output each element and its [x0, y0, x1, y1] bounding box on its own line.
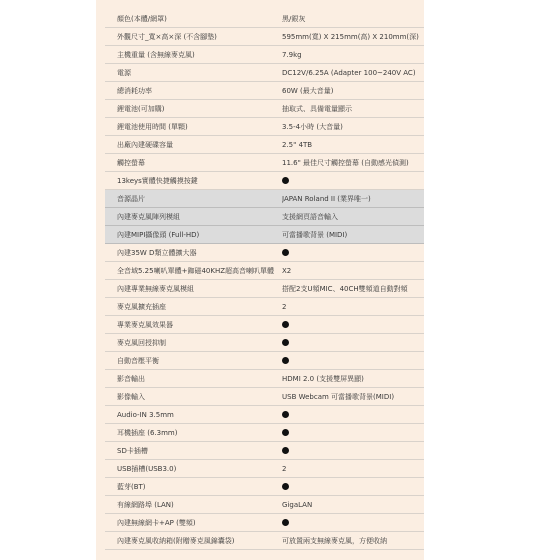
bullet-dot-icon: [282, 357, 289, 364]
spec-row: 藍芽(BT): [105, 478, 424, 496]
bullet-dot-icon: [282, 249, 289, 256]
spec-row: USB插槽(USB3.0)2: [105, 460, 424, 478]
supported-dot-icon: [282, 357, 424, 365]
spec-value: JAPAN Roland II (業界唯一): [282, 194, 424, 204]
spec-label: 出廠內建硬碟容量: [105, 140, 282, 150]
spec-row: 內建無線網卡+AP (雙頻): [105, 514, 424, 532]
spec-row: SD卡插槽: [105, 442, 424, 460]
spec-row: 觸控螢幕11.6" 最佳尺寸觸控螢幕 (自動感光偵測): [105, 154, 424, 172]
spec-label: 麥克風擴充插座: [105, 302, 282, 312]
spec-label: 耳機插座 (6.3mm): [105, 428, 282, 438]
spec-label: 電源: [105, 68, 282, 78]
spec-value: 可當播歌背景 (MIDI): [282, 230, 424, 240]
spec-row: 耳機插座 (6.3mm): [105, 424, 424, 442]
spec-label: 麥克風回授抑制: [105, 338, 282, 348]
supported-dot-icon: [282, 429, 424, 437]
spec-row: 自動音壓平衡: [105, 352, 424, 370]
spec-label: 內建麥克風收納箱(附贈麥克風錦囊袋): [105, 536, 282, 546]
spec-value: 11.6" 最佳尺寸觸控螢幕 (自動感光偵測): [282, 158, 424, 168]
spec-row: 13keys實體快捷觸摸按鍵: [105, 172, 424, 190]
spec-row: 全音域5.25喇叭單體+銣磁40KHZ超高音喇叭單體X2: [105, 262, 424, 280]
spec-label: 內建專業無線麥克風模組: [105, 284, 282, 294]
bullet-dot-icon: [282, 321, 289, 328]
spec-row: 有線網路埠 (LAN)GigaLAN: [105, 496, 424, 514]
spec-row: 內建MIPI攝像頭 (Full-HD)可當播歌背景 (MIDI): [105, 226, 424, 244]
spec-value: 支援網頁語音輸入: [282, 212, 424, 222]
spec-row: Audio-IN 3.5mm: [105, 406, 424, 424]
supported-dot-icon: [282, 519, 424, 527]
spec-value: 黑/銀灰: [282, 14, 424, 24]
supported-dot-icon: [282, 339, 424, 347]
spec-label: 影音輸出: [105, 374, 282, 384]
spec-value: 595mm(寬) X 215mm(高) X 210mm(深): [282, 32, 424, 42]
spec-value: 2: [282, 465, 424, 473]
spec-label: 觸控螢幕: [105, 158, 282, 168]
supported-dot-icon: [282, 321, 424, 329]
spec-label: USB插槽(USB3.0): [105, 464, 282, 474]
spec-label: 內建麥克風陣列模組: [105, 212, 282, 222]
bullet-dot-icon: [282, 177, 289, 184]
spec-row: 外觀尺寸_寬×高×深 (不含腳墊)595mm(寬) X 215mm(高) X 2…: [105, 28, 424, 46]
spec-value: 2: [282, 303, 424, 311]
supported-dot-icon: [282, 249, 424, 257]
spec-row: 總消耗功率60W (最大音量): [105, 82, 424, 100]
spec-row: 麥克風擴充插座2: [105, 298, 424, 316]
supported-dot-icon: [282, 483, 424, 491]
spec-table: 顏色(本體/網罩)黑/銀灰外觀尺寸_寬×高×深 (不含腳墊)595mm(寬) X…: [105, 10, 424, 550]
spec-label: 顏色(本體/網罩): [105, 14, 282, 24]
spec-value: 3.5-4小時 (大音量): [282, 122, 424, 132]
spec-value: 2.5" 4TB: [282, 141, 424, 149]
spec-label: Audio-IN 3.5mm: [105, 411, 282, 419]
supported-dot-icon: [282, 447, 424, 455]
spec-row: 內建專業無線麥克風模組搭配2支U頻MIC、40CH雙頻道自動對頻: [105, 280, 424, 298]
spec-row: 主機重量 (含無線麥克風)7.9kg: [105, 46, 424, 64]
spec-label: 專業麥克風效果器: [105, 320, 282, 330]
spec-label: SD卡插槽: [105, 446, 282, 456]
spec-label: 內建無線網卡+AP (雙頻): [105, 518, 282, 528]
spec-label: 有線網路埠 (LAN): [105, 500, 282, 510]
spec-label: 總消耗功率: [105, 86, 282, 96]
spec-row: 出廠內建硬碟容量2.5" 4TB: [105, 136, 424, 154]
supported-dot-icon: [282, 411, 424, 419]
spec-row: 電源DC12V/6.25A (Adapter 100~240V AC): [105, 64, 424, 82]
spec-value: GigaLAN: [282, 501, 424, 509]
spec-row: 鋰電池(可加購)抽取式、具備電量顯示: [105, 100, 424, 118]
spec-label: 內建35W D類立體擴大器: [105, 248, 282, 258]
spec-value: 搭配2支U頻MIC、40CH雙頻道自動對頻: [282, 284, 424, 294]
spec-value: DC12V/6.25A (Adapter 100~240V AC): [282, 69, 424, 77]
spec-value: USB Webcam 可當播歌背景(MIDI): [282, 392, 424, 402]
spec-value: HDMI 2.0 (支援雙屏異顯): [282, 374, 424, 384]
bullet-dot-icon: [282, 411, 289, 418]
spec-row: 內建麥克風陣列模組支援網頁語音輸入: [105, 208, 424, 226]
spec-value: 60W (最大音量): [282, 86, 424, 96]
spec-label: 音源晶片: [105, 194, 282, 204]
spec-value: 7.9kg: [282, 51, 424, 59]
spec-row: 麥克風回授抑制: [105, 334, 424, 352]
spec-row: 專業麥克風效果器: [105, 316, 424, 334]
bullet-dot-icon: [282, 339, 289, 346]
spec-label: 內建MIPI攝像頭 (Full-HD): [105, 230, 282, 240]
spec-row: 內建35W D類立體擴大器: [105, 244, 424, 262]
spec-label: 外觀尺寸_寬×高×深 (不含腳墊): [105, 32, 282, 42]
spec-row: 音源晶片JAPAN Roland II (業界唯一): [105, 190, 424, 208]
spec-value: X2: [282, 267, 424, 275]
spec-label: 13keys實體快捷觸摸按鍵: [105, 176, 282, 186]
spec-label: 主機重量 (含無線麥克風): [105, 50, 282, 60]
spec-row: 影音輸出HDMI 2.0 (支援雙屏異顯): [105, 370, 424, 388]
bullet-dot-icon: [282, 519, 289, 526]
bullet-dot-icon: [282, 429, 289, 436]
spec-row: 顏色(本體/網罩)黑/銀灰: [105, 10, 424, 28]
spec-label: 藍芽(BT): [105, 482, 282, 492]
bullet-dot-icon: [282, 483, 289, 490]
spec-label: 鋰電池使用時間 (單顆): [105, 122, 282, 132]
bullet-dot-icon: [282, 447, 289, 454]
spec-row: 影像輸入USB Webcam 可當播歌背景(MIDI): [105, 388, 424, 406]
supported-dot-icon: [282, 177, 424, 185]
spec-value: 抽取式、具備電量顯示: [282, 104, 424, 114]
spec-label: 全音域5.25喇叭單體+銣磁40KHZ超高音喇叭單體: [105, 266, 282, 276]
spec-label: 鋰電池(可加購): [105, 104, 282, 114]
spec-row: 內建麥克風收納箱(附贈麥克風錦囊袋)可放置兩支無線麥克風，方便收納: [105, 532, 424, 550]
spec-label: 影像輸入: [105, 392, 282, 402]
spec-label: 自動音壓平衡: [105, 356, 282, 366]
spec-value: 可放置兩支無線麥克風，方便收納: [282, 536, 424, 546]
spec-row: 鋰電池使用時間 (單顆)3.5-4小時 (大音量): [105, 118, 424, 136]
